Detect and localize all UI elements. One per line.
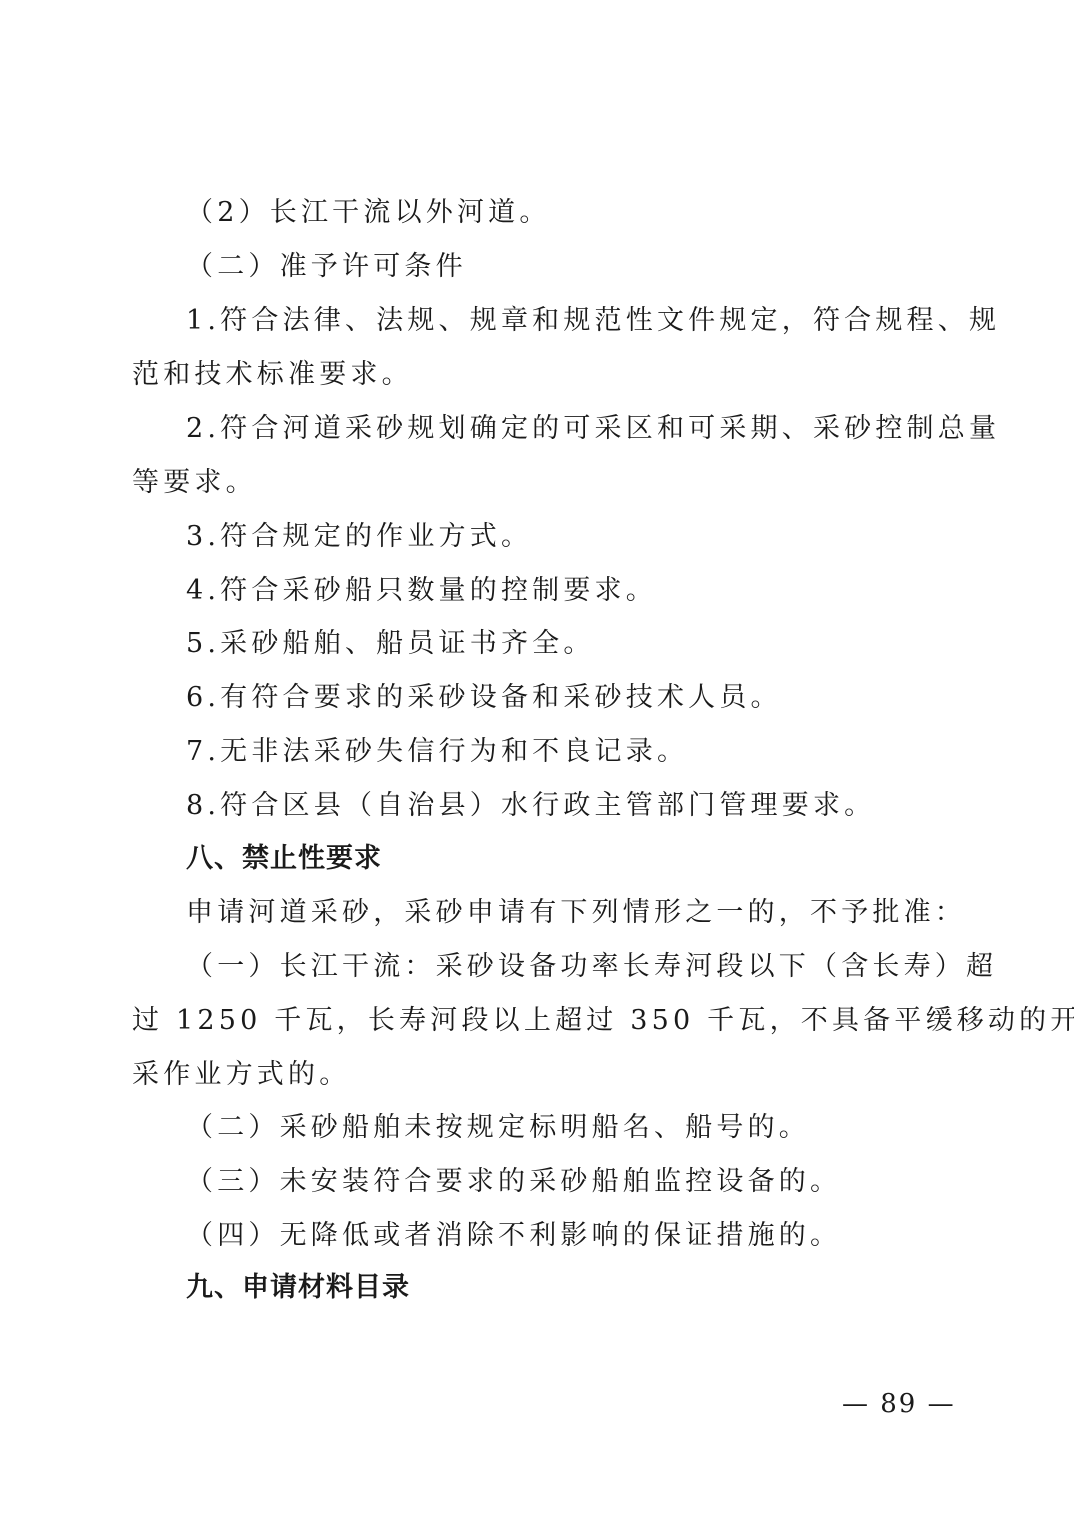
text-line: （三）未安装符合要求的采砂船舶监控设备的。 [186,1165,841,1199]
text-line: 4.符合采砂船只数量的控制要求。 [186,574,657,608]
document-page: （2）长江干流以外河道。（二）准予许可条件1.符合法律、法规、规章和规范性文件规… [0,0,1074,1520]
text-line: 5.采砂船舶、船员证书齐全。 [186,627,595,661]
text-line: 2.符合河道采砂规划确定的可采区和可采期、采砂控制总量 [186,412,1000,446]
text-line: 范和技术标准要求。 [132,358,413,392]
text-line: 申请河道采砂，采砂申请有下列情形之一的，不予批准： [186,896,966,930]
text-line: 1.符合法律、法规、规章和规范性文件规定，符合规程、规 [186,304,1000,338]
text-line: 7.无非法采砂失信行为和不良记录。 [186,735,688,769]
text-line: 采作业方式的。 [132,1058,350,1092]
text-line: （2）长江干流以外河道。 [186,196,551,230]
text-line: （二）采砂船舶未按规定标明船名、船号的。 [186,1111,810,1145]
section-heading: 九、申请材料目录 [186,1271,410,1305]
page-number: — 89 — [842,1389,956,1419]
text-line: 3.符合规定的作业方式。 [186,520,532,554]
text-line: 等要求。 [132,466,257,500]
text-line: （二）准予许可条件 [186,250,467,284]
section-heading: 八、禁止性要求 [186,842,382,876]
text-line: （四）无降低或者消除不利影响的保证措施的。 [186,1219,841,1253]
text-line: 8.符合区县（自治县）水行政主管部门管理要求。 [186,789,875,823]
text-line: （一）长江干流：采砂设备功率长寿河段以下（含长寿）超 [186,950,997,984]
text-line: 6.有符合要求的采砂设备和采砂技术人员。 [186,681,782,715]
text-line: 过 1250 千瓦，长寿河段以上超过 350 千瓦，不具备平缓移动的开 [132,1004,1074,1038]
